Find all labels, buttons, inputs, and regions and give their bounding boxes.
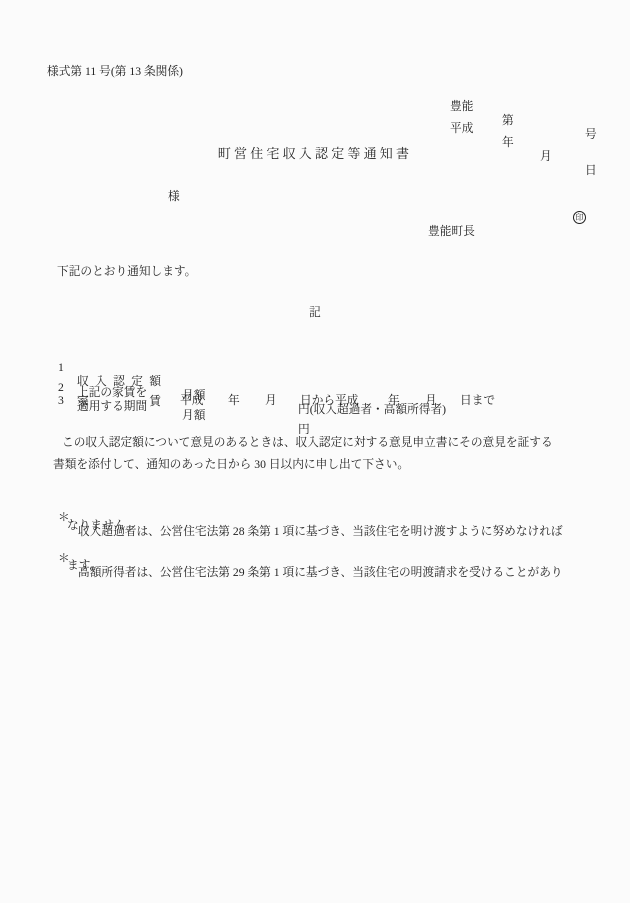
objection-paragraph-line2: 書類を添付して、通知のあった日から 30 日以内に申し出て下さい。 — [53, 458, 409, 472]
date-day: 日 — [585, 164, 597, 178]
item-label-period-line1: 上記の家賃を — [77, 386, 147, 399]
seal-character: 印 — [576, 214, 584, 222]
period-year-from: 年 — [228, 394, 240, 408]
document-page: 様式第 11 号(第 13 条関係) 豊能 第 号 平成 年 月 日 町営住宅収… — [0, 0, 630, 903]
item-label-period-line2: 適用する期間 — [77, 400, 147, 413]
record-heading: 記 — [0, 306, 630, 320]
date-era: 平成 — [450, 122, 473, 136]
note-income-exceeder-line2: なりません。 — [67, 519, 138, 533]
sender-name: 豊能町長 — [428, 225, 475, 239]
form-number: 様式第 11 号(第 13 条関係) — [47, 65, 183, 79]
sender-line: 豊能町長 印 — [0, 211, 630, 267]
note-line1: 収入超過者は、公営住宅法第 28 条第 1 項に基づき、当該住宅を明け渡すように… — [78, 525, 563, 539]
period-month-from: 月 — [265, 394, 277, 408]
document-title: 町営住宅収入認定等通知書 — [0, 146, 630, 162]
period-month-to: 月 — [425, 394, 437, 408]
period-era-from: 平成 — [180, 394, 203, 408]
period-year-to: 年 — [388, 394, 400, 408]
note-line1: 高額所得者は、公営住宅法第 29 条第 1 項に基づき、当該住宅の明渡請求を受け… — [78, 566, 563, 580]
item-label-period: 上記の家賃を適用する期間 — [77, 386, 147, 414]
objection-paragraph-line1: この収入認定額について意見のあるときは、収入認定に対する意見申立書にその意見を証… — [62, 436, 553, 450]
seal-icon: 印 — [573, 211, 586, 224]
item-number: 3 — [58, 394, 64, 408]
intro-text: 下記のとおり通知します。 — [57, 265, 196, 279]
period-day-from-to-era: 日から平成 — [300, 394, 358, 408]
note-high-income-line2: ます。 — [67, 559, 101, 573]
recipient-honorific: 様 — [168, 190, 180, 204]
period-day-to: 日まで — [460, 394, 495, 408]
